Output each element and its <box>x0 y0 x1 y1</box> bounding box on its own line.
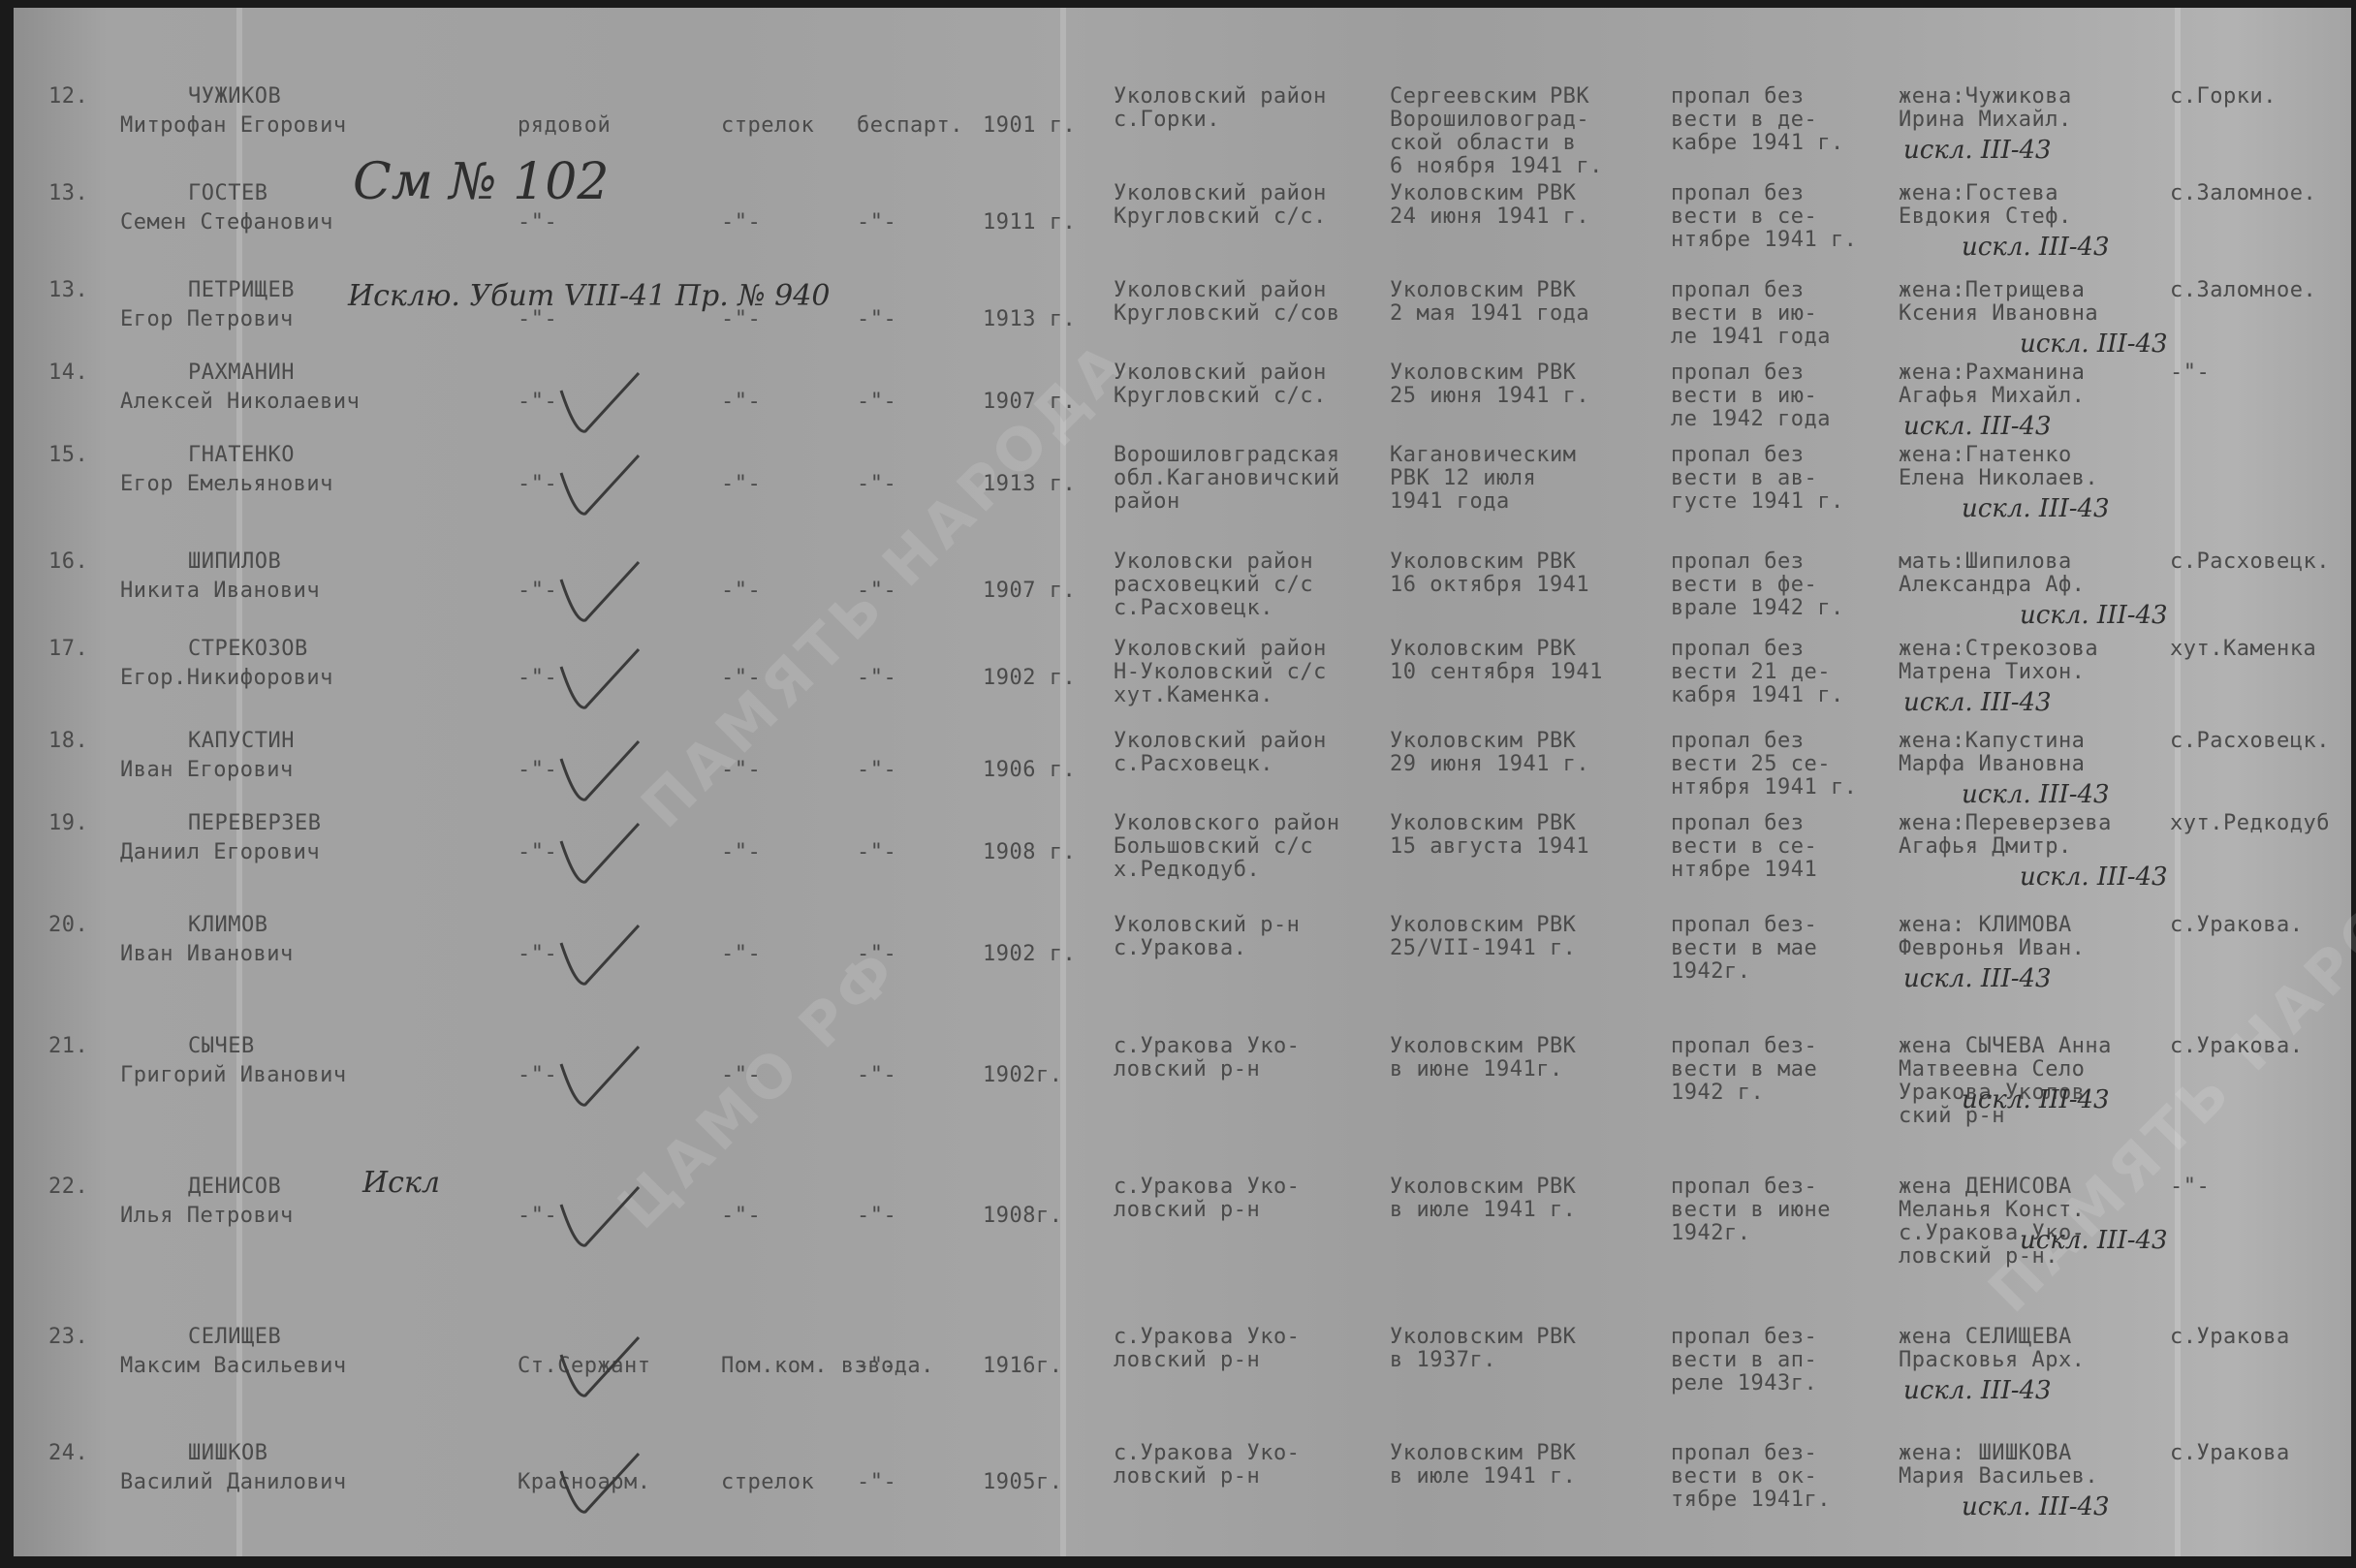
party: -"- <box>857 759 896 782</box>
checkmark-icon <box>556 454 644 521</box>
birth-year: 1906 г. <box>983 759 1076 782</box>
surname: ГОСТЕВ <box>188 182 267 205</box>
draft-office: 1941 года <box>1390 490 1510 514</box>
checkmark-icon <box>556 560 644 628</box>
address: с.Горки. <box>2170 85 2277 109</box>
status: густе 1941 г. <box>1671 490 1844 514</box>
given-name: Никита Иванович <box>120 580 320 603</box>
checkmark-icon <box>556 371 644 439</box>
relative: Мария Васильев. <box>1899 1465 2098 1489</box>
relative: Елена Николаев. <box>1899 467 2098 490</box>
birthplace: Уколовский район <box>1114 85 1327 109</box>
given-name: Максим Васильевич <box>120 1355 347 1378</box>
position: -"- <box>721 580 761 603</box>
birth-year: 1907 г. <box>983 391 1076 414</box>
surname: КАПУСТИН <box>188 730 295 753</box>
status: кабре 1941 г. <box>1671 132 1844 155</box>
status: вести в де- <box>1671 109 1817 132</box>
position: -"- <box>721 1205 761 1228</box>
draft-office: 15 августа 1941 <box>1390 835 1589 859</box>
draft-office: 25/VII-1941 г. <box>1390 937 1576 960</box>
rank: -"- <box>518 211 557 235</box>
position: Пом.ком. взвода. <box>721 1355 934 1378</box>
position: стрелок <box>721 114 814 138</box>
birth-year: 1911 г. <box>983 211 1076 235</box>
position: -"- <box>721 473 761 496</box>
party: -"- <box>857 1064 896 1087</box>
relative: жена:Петрищева <box>1899 279 2085 302</box>
checkmark-icon <box>556 924 644 991</box>
status: вести в ию- <box>1671 385 1817 408</box>
draft-office: в 1937г. <box>1390 1349 1496 1372</box>
draft-office: Уколовским РВК <box>1390 730 1576 753</box>
rank: рядовой <box>518 114 611 138</box>
row-number: 23. <box>48 1326 88 1349</box>
party: -"- <box>857 308 896 331</box>
relative: Александра Аф. <box>1899 574 2085 597</box>
status: ле 1942 года <box>1671 408 1831 431</box>
row-number: 19. <box>48 812 88 835</box>
surname: РАХМАНИН <box>188 361 295 385</box>
relative: жена ДЕНИСОВА <box>1899 1176 2072 1199</box>
checkmark-icon <box>556 1335 644 1403</box>
rank: -"- <box>518 580 557 603</box>
status: вести в ап- <box>1671 1349 1817 1372</box>
status: вести в июне <box>1671 1199 1831 1222</box>
status: пропал без <box>1671 812 1804 835</box>
relative: жена: ШИШКОВА <box>1899 1442 2072 1465</box>
draft-office: в июле 1941 г. <box>1390 1465 1576 1489</box>
address: с.Уракова <box>2170 1442 2290 1465</box>
address: с.Уракова. <box>2170 1035 2303 1058</box>
draft-office: 10 сентября 1941 <box>1390 661 1603 684</box>
status: тябре 1941г. <box>1671 1489 1831 1512</box>
exclusion-mark: искл. III-43 <box>1962 780 2110 809</box>
relative: Марфа Ивановна <box>1899 753 2085 776</box>
address: -"- <box>2170 1176 2210 1199</box>
birthplace: хут.Каменка. <box>1114 684 1273 707</box>
party: -"- <box>857 211 896 235</box>
birthplace: Н-Уколовский с/с <box>1114 661 1327 684</box>
relative: Февронья Иван. <box>1899 937 2085 960</box>
exclusion-mark: искл. III-43 <box>1903 1376 2052 1405</box>
birth-year: 1902 г. <box>983 943 1076 966</box>
party: -"- <box>857 1355 896 1378</box>
status: пропал без- <box>1671 1442 1817 1465</box>
draft-office: 24 июня 1941 г. <box>1390 205 1589 229</box>
rank: -"- <box>518 1064 557 1087</box>
draft-office: Уколовским РВК <box>1390 638 1576 661</box>
birthplace: с.Уракова Уко- <box>1114 1326 1300 1349</box>
surname: СЕЛИЩЕВ <box>188 1326 281 1349</box>
position: -"- <box>721 391 761 414</box>
draft-office: 6 ноября 1941 г. <box>1390 155 1603 178</box>
status: вести в се- <box>1671 205 1817 229</box>
birthplace: Уколовский район <box>1114 182 1327 205</box>
birthplace: ловский р-н <box>1114 1465 1260 1489</box>
birthplace: х.Редкодуб. <box>1114 859 1260 882</box>
status: пропал без- <box>1671 1035 1817 1058</box>
exclusion-mark: искл. III-43 <box>1903 964 2052 993</box>
birth-year: 1913 г. <box>983 308 1076 331</box>
surname: ШИПИЛОВ <box>188 550 281 574</box>
exclusion-mark: искл. III-43 <box>2020 601 2168 630</box>
row-number: 16. <box>48 550 88 574</box>
relative: жена:Чужикова <box>1899 85 2072 109</box>
birthplace: ловский р-н <box>1114 1199 1260 1222</box>
row-number: 18. <box>48 730 88 753</box>
party: -"- <box>857 943 896 966</box>
given-name: Митрофан Егорович <box>120 114 347 138</box>
surname: КЛИМОВ <box>188 914 267 937</box>
birth-year: 1902г. <box>983 1064 1062 1087</box>
relative: Матрена Тихон. <box>1899 661 2085 684</box>
birthplace: Кругловский с/сов <box>1114 302 1340 326</box>
checkmark-icon <box>556 1045 644 1113</box>
exclusion-mark: искл. III-43 <box>2020 329 2168 359</box>
birth-year: 1916г. <box>983 1355 1062 1378</box>
given-name: Семен Стефанович <box>120 211 333 235</box>
handwritten-note: См № 102 <box>353 153 609 211</box>
exclusion-mark: искл. III-43 <box>1903 136 2052 165</box>
draft-office: Уколовским РВК <box>1390 1326 1576 1349</box>
party: -"- <box>857 580 896 603</box>
document-sheet: ПАМЯТЬ НАРОДА ЦАМО РФ ПАМЯТЬ НАРОДА 12.Ч… <box>14 8 2351 1556</box>
birthplace: ловский р-н <box>1114 1349 1260 1372</box>
address: с.Заломное. <box>2170 279 2316 302</box>
relative: Агафья Михайл. <box>1899 385 2085 408</box>
status: пропал без <box>1671 85 1804 109</box>
status: нтябре 1941 г. <box>1671 229 1857 252</box>
given-name: Григорий Иванович <box>120 1064 347 1087</box>
position: -"- <box>721 759 761 782</box>
birthplace: Кругловский с/с. <box>1114 385 1327 408</box>
position: -"- <box>721 667 761 690</box>
surname: ПЕРЕВЕРЗЕВ <box>188 812 321 835</box>
relative: жена:Рахманина <box>1899 361 2085 385</box>
birthplace: расховецкий с/с <box>1114 574 1313 597</box>
given-name: Иван Егорович <box>120 759 294 782</box>
draft-office: Сергеевским РВК <box>1390 85 1589 109</box>
birthplace: обл.Кагановичский <box>1114 467 1340 490</box>
draft-office: в июле 1941 г. <box>1390 1199 1576 1222</box>
status: 1942г. <box>1671 1222 1750 1245</box>
status: вести в ав- <box>1671 467 1817 490</box>
checkmark-icon <box>556 647 644 715</box>
draft-office: ской области в <box>1390 132 1576 155</box>
draft-office: 2 мая 1941 года <box>1390 302 1589 326</box>
checkmark-icon <box>556 822 644 890</box>
status: пропал без <box>1671 361 1804 385</box>
draft-office: Уколовским РВК <box>1390 550 1576 574</box>
status: ле 1941 года <box>1671 326 1831 349</box>
surname: ПЕТРИЩЕВ <box>188 279 295 302</box>
rank: -"- <box>518 1205 557 1228</box>
status: пропал без <box>1671 638 1804 661</box>
draft-office: Уколовским РВК <box>1390 361 1576 385</box>
birth-year: 1913 г. <box>983 473 1076 496</box>
row-number: 15. <box>48 444 88 467</box>
draft-office: в июне 1941г. <box>1390 1058 1563 1082</box>
status: пропал без- <box>1671 1326 1817 1349</box>
status: вести в мае <box>1671 937 1817 960</box>
party: беспарт. <box>857 114 963 138</box>
address: с.Уракова. <box>2170 914 2303 937</box>
birthplace: ловский р-н <box>1114 1058 1260 1082</box>
row-number: 14. <box>48 361 88 385</box>
status: пропал без <box>1671 182 1804 205</box>
exclusion-mark: искл. III-43 <box>1962 1085 2110 1114</box>
given-name: Иван Иванович <box>120 943 294 966</box>
surname: ШИШКОВ <box>188 1442 267 1465</box>
draft-office: Ворошиловоград- <box>1390 109 1589 132</box>
draft-office: 25 июня 1941 г. <box>1390 385 1589 408</box>
exclusion-mark: искл. III-43 <box>2020 1226 2168 1255</box>
draft-office: 29 июня 1941 г. <box>1390 753 1589 776</box>
birthplace: Уколовский район <box>1114 279 1327 302</box>
party: -"- <box>857 841 896 864</box>
status: кабря 1941 г. <box>1671 684 1844 707</box>
status: вести в ию- <box>1671 302 1817 326</box>
draft-office: Уколовским РВК <box>1390 1442 1576 1465</box>
exclusion-mark: искл. III-43 <box>2020 862 2168 892</box>
draft-office: 16 октября 1941 <box>1390 574 1589 597</box>
row-number: 17. <box>48 638 88 661</box>
birthplace: с.Уракова Уко- <box>1114 1442 1300 1465</box>
relative: жена СЫЧЕВА Анна <box>1899 1035 2112 1058</box>
birthplace: Уколовский р-н <box>1114 914 1300 937</box>
surname: ЧУЖИКОВ <box>188 85 281 109</box>
birthplace: с.Расховецк. <box>1114 597 1273 620</box>
position: -"- <box>721 1064 761 1087</box>
exclusion-mark: искл. III-43 <box>1962 233 2110 262</box>
birthplace: Большовский с/с <box>1114 835 1313 859</box>
given-name: Егор.Никифорович <box>120 667 333 690</box>
birthplace: район <box>1114 490 1180 514</box>
status: вести в ок- <box>1671 1465 1817 1489</box>
birth-year: 1907 г. <box>983 580 1076 603</box>
birthplace: Ворошиловградская <box>1114 444 1340 467</box>
row-number: 22. <box>48 1176 88 1199</box>
relative: мать:Шипилова <box>1899 550 2072 574</box>
address: с.Расховецк. <box>2170 550 2330 574</box>
draft-office: РВК 12 июля <box>1390 467 1536 490</box>
row-number: 20. <box>48 914 88 937</box>
relative: Прасковья Арх. <box>1899 1349 2085 1372</box>
birthplace: Уколовский район <box>1114 638 1327 661</box>
birthplace: с.Уракова Уко- <box>1114 1176 1300 1199</box>
exclusion-mark: искл. III-43 <box>1962 494 2110 523</box>
draft-office: Уколовским РВК <box>1390 1176 1576 1199</box>
position: -"- <box>721 841 761 864</box>
address: с.Расховецк. <box>2170 730 2330 753</box>
address: хут.Каменка <box>2170 638 2316 661</box>
relative: Матвеевна Село <box>1899 1058 2085 1082</box>
party: -"- <box>857 1205 896 1228</box>
birthplace: Кругловский с/с. <box>1114 205 1327 229</box>
surname: ГНАТЕНКО <box>188 444 295 467</box>
handwritten-note: Искл <box>362 1166 440 1200</box>
draft-office: Уколовским РВК <box>1390 812 1576 835</box>
draft-office: Уколовским РВК <box>1390 279 1576 302</box>
birthplace: с.Уракова Уко- <box>1114 1035 1300 1058</box>
status: 1942 г. <box>1671 1082 1764 1105</box>
given-name: Алексей Николаевич <box>120 391 360 414</box>
given-name: Егор Петрович <box>120 308 294 331</box>
rank: -"- <box>518 759 557 782</box>
given-name: Василий Данилович <box>120 1471 347 1494</box>
party: -"- <box>857 391 896 414</box>
given-name: Илья Петрович <box>120 1205 294 1228</box>
status: врале 1942 г. <box>1671 597 1844 620</box>
row-number: 13. <box>48 279 88 302</box>
status: вести 25 се- <box>1671 753 1831 776</box>
rank: -"- <box>518 667 557 690</box>
relative: жена:Переверзева <box>1899 812 2112 835</box>
birthplace: с.Уракова. <box>1114 937 1246 960</box>
birthplace: Уколовский район <box>1114 730 1327 753</box>
status: пропал без <box>1671 730 1804 753</box>
relative: жена: КЛИМОВА <box>1899 914 2072 937</box>
birthplace: Уколовски район <box>1114 550 1313 574</box>
relative: жена:Капустина <box>1899 730 2085 753</box>
row-number: 13. <box>48 182 88 205</box>
relative: жена:Стрекозова <box>1899 638 2098 661</box>
status: пропал без- <box>1671 1176 1817 1199</box>
rank: -"- <box>518 473 557 496</box>
status: реле 1943г. <box>1671 1372 1817 1396</box>
given-name: Даниил Егорович <box>120 841 320 864</box>
party: -"- <box>857 473 896 496</box>
status: вести 21 де- <box>1671 661 1831 684</box>
status: вести в мае <box>1671 1058 1817 1082</box>
relative: жена СЕЛИЩЕВА <box>1899 1326 2072 1349</box>
address: хут.Редкодуб <box>2170 812 2330 835</box>
birth-year: 1905г. <box>983 1471 1062 1494</box>
row-number: 12. <box>48 85 88 109</box>
relative: Ксения Ивановна <box>1899 302 2098 326</box>
address: с.Уракова <box>2170 1326 2290 1349</box>
given-name: Егор Емельянович <box>120 473 333 496</box>
relative: жена:Гостева <box>1899 182 2058 205</box>
status: пропал без <box>1671 279 1804 302</box>
relative: Ирина Михайл. <box>1899 109 2072 132</box>
relative: жена:Гнатенко <box>1899 444 2072 467</box>
draft-office: Кагановическим <box>1390 444 1576 467</box>
address: -"- <box>2170 361 2210 385</box>
relative: Меланья Конст. <box>1899 1199 2085 1222</box>
draft-office: Уколовским РВК <box>1390 182 1576 205</box>
rank: -"- <box>518 391 557 414</box>
checkmark-icon <box>556 1185 644 1253</box>
status: нтябре 1941 <box>1671 859 1817 882</box>
birthplace: Уколовского район <box>1114 812 1340 835</box>
row-number: 24. <box>48 1442 88 1465</box>
status: пропал без <box>1671 444 1804 467</box>
exclusion-mark: искл. III-43 <box>1903 412 2052 441</box>
handwritten-note: Исклю. Убит VIII-41 Пр. № 940 <box>348 279 830 313</box>
position: -"- <box>721 943 761 966</box>
checkmark-icon <box>556 739 644 807</box>
surname: СЫЧЕВ <box>188 1035 255 1058</box>
birthplace: Уколовский район <box>1114 361 1327 385</box>
status: вести в се- <box>1671 835 1817 859</box>
rank: -"- <box>518 943 557 966</box>
exclusion-mark: искл. III-43 <box>1903 688 2052 717</box>
draft-office: Уколовским РВК <box>1390 914 1576 937</box>
party: -"- <box>857 667 896 690</box>
relative: Евдокия Стеф. <box>1899 205 2072 229</box>
status: вести в фе- <box>1671 574 1817 597</box>
watermark: ЦАМО РФ <box>606 934 914 1242</box>
surname: ДЕНИСОВ <box>188 1176 281 1199</box>
birth-year: 1908 г. <box>983 841 1076 864</box>
status: нтября 1941 г. <box>1671 776 1857 800</box>
position: -"- <box>721 211 761 235</box>
status: 1942г. <box>1671 960 1750 984</box>
relative: Агафья Дмитр. <box>1899 835 2072 859</box>
birthplace: с.Горки. <box>1114 109 1220 132</box>
position: стрелок <box>721 1471 814 1494</box>
birth-year: 1902 г. <box>983 667 1076 690</box>
checkmark-icon <box>556 1452 644 1520</box>
draft-office: Уколовским РВК <box>1390 1035 1576 1058</box>
birth-year: 1908г. <box>983 1205 1062 1228</box>
birth-year: 1901 г. <box>983 114 1076 138</box>
exclusion-mark: искл. III-43 <box>1962 1492 2110 1521</box>
row-number: 21. <box>48 1035 88 1058</box>
party: -"- <box>857 1471 896 1494</box>
status: пропал без <box>1671 550 1804 574</box>
address: с.Заломное. <box>2170 182 2316 205</box>
status: пропал без- <box>1671 914 1817 937</box>
birthplace: с.Расховецк. <box>1114 753 1273 776</box>
rank: -"- <box>518 841 557 864</box>
surname: СТРЕКОЗОВ <box>188 638 308 661</box>
paper-fold <box>1060 8 1066 1556</box>
